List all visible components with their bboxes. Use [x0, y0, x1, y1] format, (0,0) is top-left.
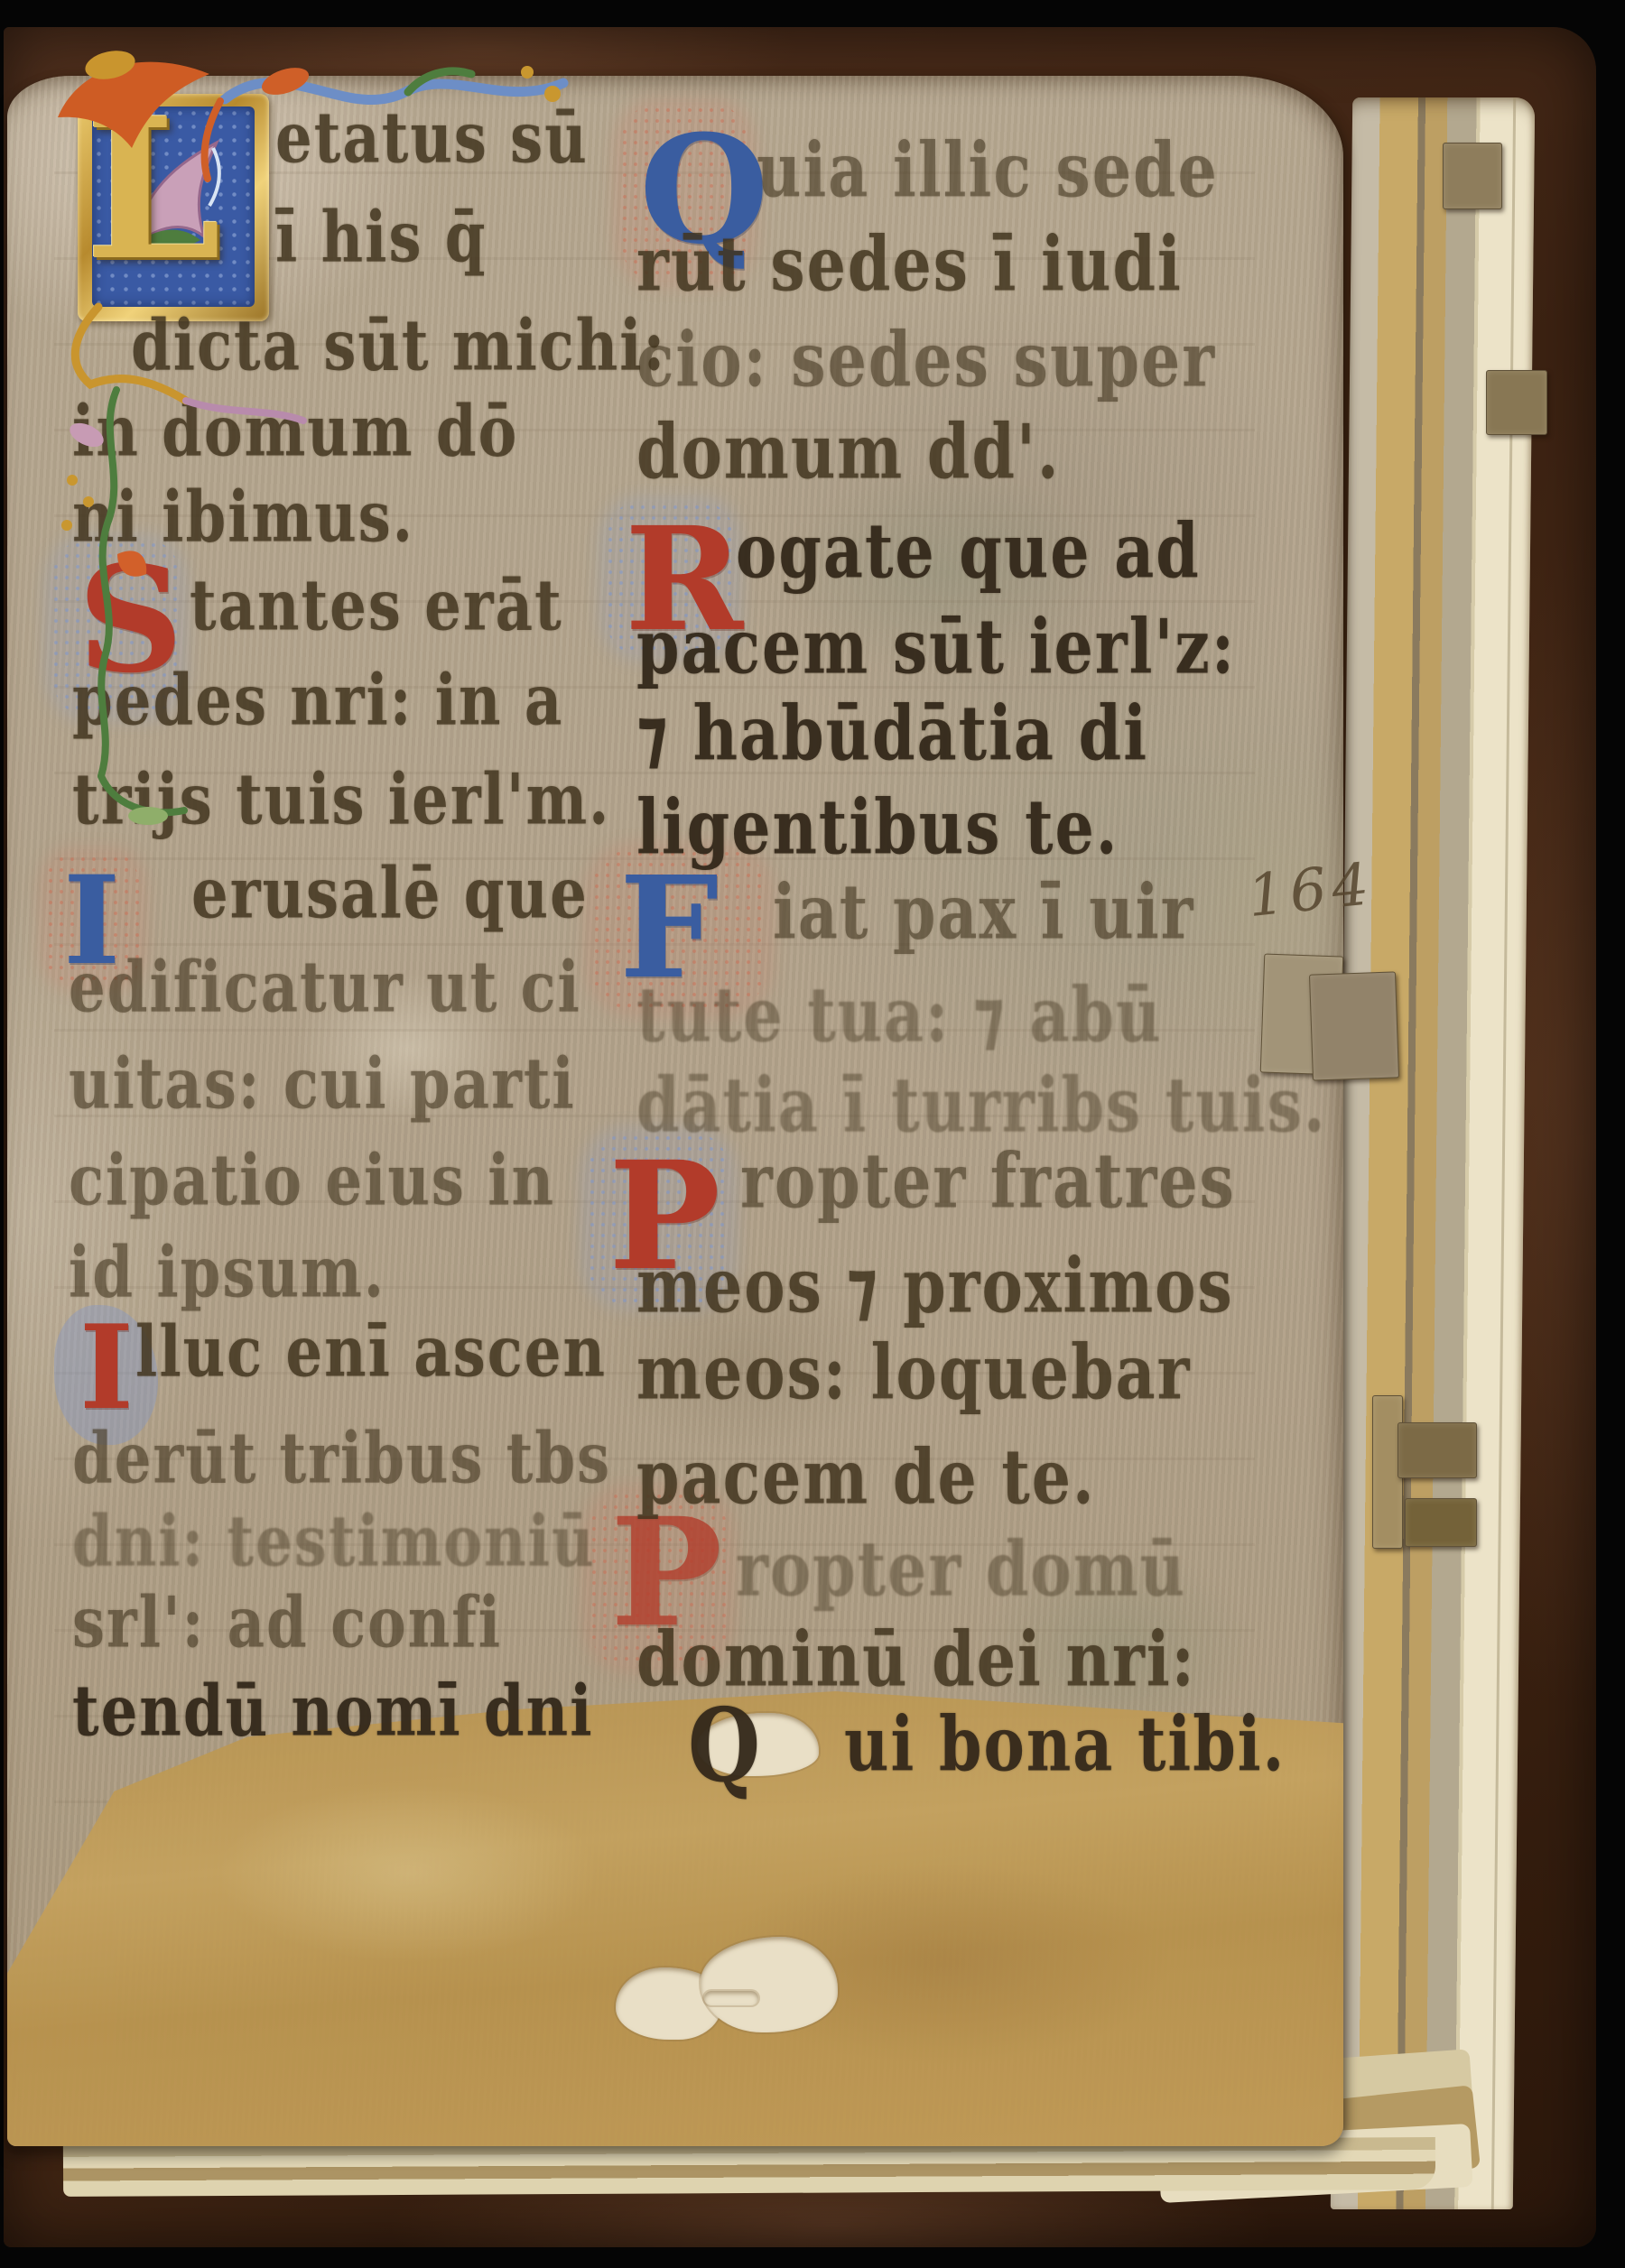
text-line: pacem sūt ierl'z:	[636, 610, 1236, 685]
text-line: derūt tribus tbs	[72, 1424, 611, 1495]
damaged-letter: Q	[688, 1695, 762, 1796]
folio-number: 164	[1245, 851, 1378, 930]
manuscript-photo-scene: L S I I Q R F P P etatus sū ī his q̄ dic…	[0, 0, 1625, 2268]
bookmark-tab	[1443, 143, 1502, 209]
text-line: tute tua: ⁊ abū	[636, 978, 1163, 1053]
text-line: dātia ī turribs tuis.	[636, 1069, 1327, 1143]
text-line: id ipsum.	[69, 1238, 385, 1309]
text-line: domum dd'.	[636, 415, 1061, 490]
text-line: edificatur ut ci	[69, 953, 581, 1023]
text-line: iat pax ī uir	[773, 875, 1194, 950]
text-line: tendū nomī dni	[72, 1677, 594, 1747]
text-line: lluc enī ascen	[135, 1318, 607, 1388]
text-line: uitas: cui parti	[69, 1050, 576, 1120]
text-line: ropter domū	[736, 1532, 1186, 1607]
text-line: cipatio eius in	[69, 1146, 555, 1217]
text-line: ropter fratres	[740, 1144, 1236, 1219]
text-line: meos ⁊ proximos	[636, 1249, 1234, 1324]
text-line: rūt sedes ī iudi	[636, 227, 1183, 302]
text-line: ogate que ad	[736, 514, 1201, 589]
text-line: dni: testimoniū	[72, 1507, 595, 1578]
text-line: pacem de te.	[636, 1440, 1096, 1515]
bookmark-tab	[1405, 1498, 1477, 1547]
bookmark-tab	[1309, 971, 1399, 1080]
text-line: cio: sedes super	[636, 323, 1216, 398]
text-line: ligentibus te.	[636, 791, 1119, 866]
parchment-hole-lobe	[704, 1991, 758, 2005]
bookmark-tab	[1397, 1422, 1477, 1478]
text-line: uia illic sede	[757, 134, 1219, 208]
text-line: ui bona tibi.	[844, 1708, 1286, 1782]
vine-border-ornament	[13, 36, 608, 848]
text-line: srl': ad confi	[72, 1588, 502, 1659]
bookmark-tab	[1486, 370, 1547, 435]
pen-initial-I: I	[79, 1310, 134, 1426]
parchment-hole-lobe	[701, 1937, 838, 2032]
text-line: ⁊ habūdātia di	[636, 697, 1148, 772]
text-line: erusalē que	[191, 859, 589, 930]
text-line: meos: loquebar	[636, 1336, 1192, 1411]
